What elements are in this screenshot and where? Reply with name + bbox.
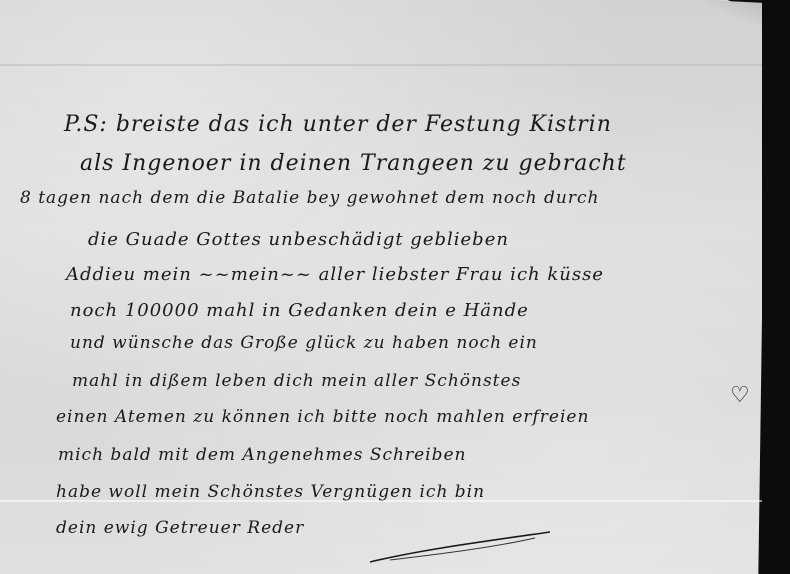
letter-line-11: habe woll mein Schönstes Vergnügen ich b… <box>56 482 485 502</box>
letter-line-6: noch 100000 mahl in Gedanken dein e Händ… <box>70 300 529 321</box>
letter-line-2: als Ingenoer in deinen Trangeen zu gebra… <box>80 151 627 176</box>
letter-line-12-signature: dein ewig Getreuer Reder <box>56 518 304 538</box>
letter-line-1: P.S: breiste das ich unter der Festung K… <box>64 112 612 137</box>
letter-line-7: und wünsche das Große glück zu haben noc… <box>70 333 538 353</box>
heart-icon: ♡ <box>730 383 750 408</box>
signature-flourish-icon <box>360 528 560 568</box>
letter-line-9: einen Atemen zu können ich bitte noch ma… <box>56 407 589 427</box>
document-scan: P.S: breiste das ich unter der Festung K… <box>0 0 790 574</box>
letter-line-5: Addieu mein ~~mein~~ aller liebster Frau… <box>66 264 604 285</box>
letter-line-10: mich bald mit dem Angenehmes Schreiben <box>58 445 467 465</box>
paper-fold-line <box>0 64 766 66</box>
letter-line-8: mahl in dißem leben dich mein aller Schö… <box>72 371 521 391</box>
letter-line-4: die Guade Gottes unbeschädigt geblieben <box>88 229 509 250</box>
scan-dark-edge <box>762 0 790 574</box>
letter-line-3: 8 tagen nach dem die Batalie bey gewohne… <box>20 188 599 208</box>
